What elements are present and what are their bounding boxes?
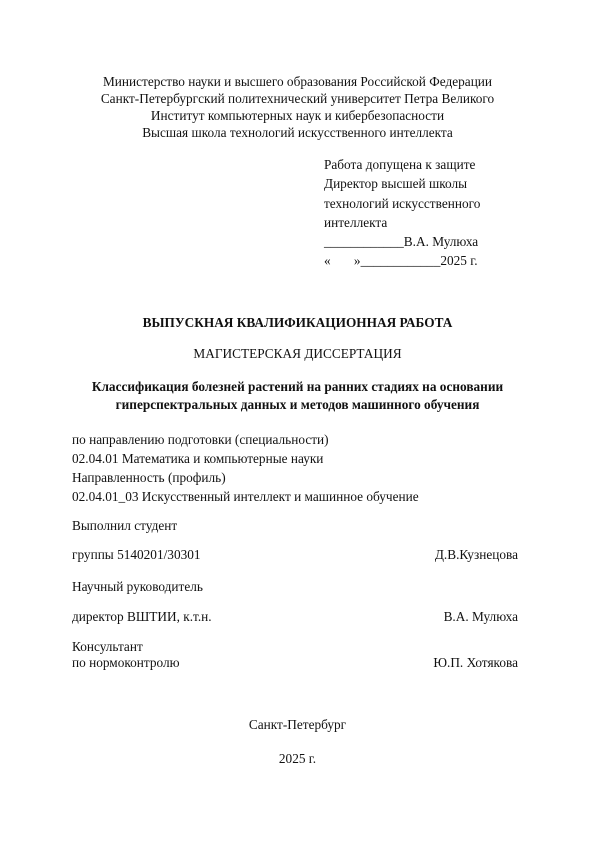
approval-line: технологий искусственного xyxy=(324,194,524,213)
student-row: группы 5140201/30301 Д.В.Кузнецова xyxy=(72,546,518,563)
supervisor-position: директор ВШТИИ, к.т.н. xyxy=(72,608,212,625)
degree-heading: МАГИСТЕРСКАЯ ДИССЕРТАЦИЯ xyxy=(0,345,595,362)
year: 2025 г. xyxy=(0,750,595,767)
consultant-row: по нормоконтролю Ю.П. Хотякова xyxy=(72,654,518,671)
approval-date-line: « »____________2025 г. xyxy=(324,251,524,270)
consultant-label: Консультант xyxy=(72,638,143,655)
profile-label: Направленность (профиль) xyxy=(72,468,532,487)
direction-label: по направлению подготовки (специальности… xyxy=(72,430,532,449)
approval-line: Директор высшей школы xyxy=(324,174,524,193)
school-line: Высшая школа технологий искусственного и… xyxy=(0,124,595,141)
consultant-role: по нормоконтролю xyxy=(72,654,180,671)
work-type-heading: ВЫПУСКНАЯ КВАЛИФИКАЦИОННАЯ РАБОТА xyxy=(0,314,595,331)
thesis-title: Классификация болезней растений на ранни… xyxy=(0,378,595,414)
profile-code: 02.04.01_03 Искусственный интеллект и ма… xyxy=(72,487,532,506)
supervisor-name: В.А. Мулюха xyxy=(444,608,518,625)
institute-line: Институт компьютерных наук и кибербезопа… xyxy=(0,107,595,124)
approval-signature-line: ____________В.А. Мулюха xyxy=(324,232,524,251)
thesis-title-line: гиперспектральных данных и методов машин… xyxy=(0,396,595,414)
approval-block: Работа допущена к защите Директор высшей… xyxy=(324,155,524,271)
student-name: Д.В.Кузнецова xyxy=(435,546,518,563)
student-label-row: Выполнил студент xyxy=(72,517,518,534)
thesis-title-line: Классификация болезней растений на ранни… xyxy=(0,378,595,396)
consultant-label-row: Консультант xyxy=(72,638,518,655)
supervisor-label-row: Научный руководитель xyxy=(72,578,518,595)
student-group: группы 5140201/30301 xyxy=(72,546,201,563)
direction-code: 02.04.01 Математика и компьютерные науки xyxy=(72,449,532,468)
approval-line: интеллекта xyxy=(324,213,524,232)
ministry-line: Министерство науки и высшего образования… xyxy=(0,73,595,90)
university-line: Санкт-Петербургский политехнический унив… xyxy=(0,90,595,107)
supervisor-row: директор ВШТИИ, к.т.н. В.А. Мулюха xyxy=(72,608,518,625)
approval-line: Работа допущена к защите xyxy=(324,155,524,174)
direction-block: по направлению подготовки (специальности… xyxy=(72,430,532,506)
consultant-name: Ю.П. Хотякова xyxy=(433,654,518,671)
student-label: Выполнил студент xyxy=(72,517,177,534)
city: Санкт-Петербург xyxy=(0,716,595,733)
ministry-header: Министерство науки и высшего образования… xyxy=(0,73,595,141)
supervisor-label: Научный руководитель xyxy=(72,578,203,595)
